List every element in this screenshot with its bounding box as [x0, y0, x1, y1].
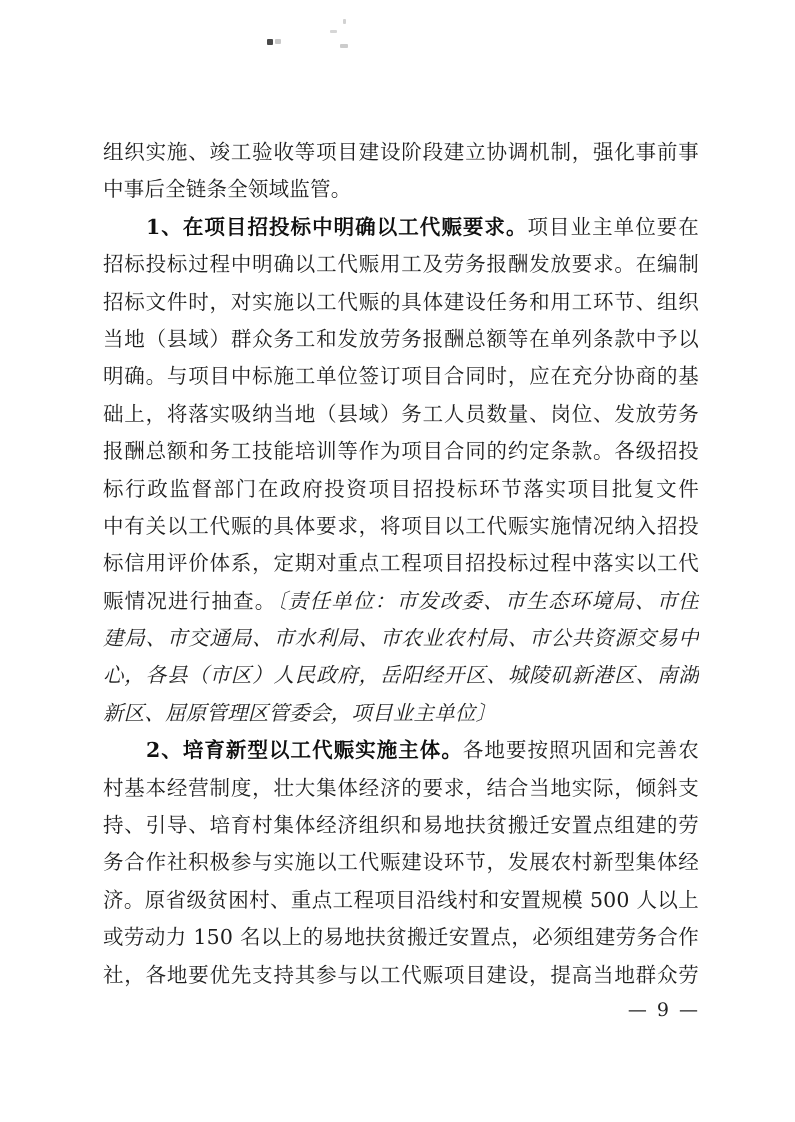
body-text: 组织实施、竣工验收等项目建设阶段建立协调机制，强化事前事 [103, 140, 699, 164]
body-text: 标行政监督部门在政府投资项目招投标环节落实项目批复文件 [103, 477, 699, 501]
body-line: 持、引导、培育村集体经济组织和易地扶贫搬迁安置点组建的劳 [103, 807, 699, 844]
item-2-heading: 2、培育新型以工代赈实施主体。 [146, 738, 463, 762]
body-line: 组织实施、竣工验收等项目建设阶段建立协调机制，强化事前事 [103, 134, 699, 171]
body-line: 心，各县（市区）人民政府，岳阳经开区、城陵矶新港区、南湖 [103, 657, 699, 694]
body-line: 招标文件时，对实施以工代赈的具体建设任务和用工环节、组织 [103, 284, 699, 321]
page-number: — 9 — [628, 999, 700, 1021]
scan-speck [275, 39, 281, 44]
body-text: 持、引导、培育村集体经济组织和易地扶贫搬迁安置点组建的劳 [103, 813, 699, 837]
body-line: 新区、屈原管理区管委会，项目业主单位〕 [103, 695, 699, 732]
body-line: 济。原省级贫困村、重点工程项目沿线村和安置规模 500 人以上 [103, 882, 699, 919]
body-line: 础上，将落实吸纳当地（县域）务工人员数量、岗位、发放劳务 [103, 396, 699, 433]
body-text: 项目业主单位要在 [528, 215, 699, 239]
body-line: 明确。与项目中标施工单位签订项目合同时，应在充分协商的基 [103, 358, 699, 395]
body-line: 赈情况进行抽查。〔责任单位：市发改委、市生态环境局、市住 [103, 583, 699, 620]
body-text: 社，各地要优先支持其参与以工代赈项目建设，提高当地群众劳 [103, 963, 699, 987]
body-line: 村基本经营制度，壮大集体经济的要求，结合当地实际，倾斜支 [103, 770, 699, 807]
body-text: 报酬总额和务工技能培训等作为项目合同的约定条款。各级招投 [103, 439, 699, 463]
responsibility-units-text: 建局、市交通局、市水利局、市农业农村局、市公共资源交易中 [103, 626, 699, 650]
body-line: 建局、市交通局、市水利局、市农业农村局、市公共资源交易中 [103, 620, 699, 657]
body-line: 标信用评价体系，定期对重点工程项目招投标过程中落实以工代 [103, 545, 699, 582]
responsibility-units-text: 心，各县（市区）人民政府，岳阳经开区、城陵矶新港区、南湖 [103, 663, 699, 687]
body-line: 当地（县域）群众务工和发放劳务报酬总额等在单列条款中予以 [103, 321, 699, 358]
body-text: 中事后全链条全领域监管。 [103, 177, 351, 201]
body-text: 招标投标过程中明确以工代赈用工及劳务报酬发放要求。在编制 [103, 252, 699, 276]
scan-speck [267, 39, 273, 45]
body-text: 村基本经营制度，壮大集体经济的要求，结合当地实际，倾斜支 [103, 776, 699, 800]
body-line: 报酬总额和务工技能培训等作为项目合同的约定条款。各级招投 [103, 433, 699, 470]
body-line: 中事后全链条全领域监管。 [103, 171, 699, 208]
body-text: 各地要按照巩固和完善农 [463, 738, 699, 762]
responsibility-units-text: 〔责任单位：市发改委、市生态环境局、市住 [277, 589, 700, 613]
body-line: 社，各地要优先支持其参与以工代赈项目建设，提高当地群众劳 [103, 957, 699, 994]
scan-speck [340, 44, 348, 48]
body-text: 赈情况进行抽查。 [103, 589, 277, 613]
body-line: 标行政监督部门在政府投资项目招投标环节落实项目批复文件 [103, 471, 699, 508]
document-body: 组织实施、竣工验收等项目建设阶段建立协调机制，强化事前事 中事后全链条全领域监管… [103, 134, 699, 994]
scan-speck [330, 30, 337, 33]
body-text: 明确。与项目中标施工单位签订项目合同时，应在充分协商的基 [103, 364, 699, 388]
item-1-heading: 1、在项目招投标中明确以工代赈要求。 [146, 215, 528, 239]
body-text: 济。原省级贫困村、重点工程项目沿线村和安置规模 500 人以上 [103, 888, 699, 912]
body-line: 务合作社积极参与实施以工代赈建设环节，发展农村新型集体经 [103, 844, 699, 881]
body-line: 中有关以工代赈的具体要求，将项目以工代赈实施情况纳入招投 [103, 508, 699, 545]
body-line: 或劳动力 150 名以上的易地扶贫搬迁安置点，必须组建劳务合作 [103, 919, 699, 956]
body-line: 2、培育新型以工代赈实施主体。各地要按照巩固和完善农 [103, 732, 699, 769]
body-text: 或劳动力 150 名以上的易地扶贫搬迁安置点，必须组建劳务合作 [103, 925, 699, 949]
body-text: 础上，将落实吸纳当地（县域）务工人员数量、岗位、发放劳务 [103, 402, 699, 426]
body-text: 标信用评价体系，定期对重点工程项目招投标过程中落实以工代 [103, 551, 699, 575]
body-line: 1、在项目招投标中明确以工代赈要求。项目业主单位要在 [103, 209, 699, 246]
body-text: 招标文件时，对实施以工代赈的具体建设任务和用工环节、组织 [103, 290, 699, 314]
scan-speck [343, 19, 346, 24]
body-text: 当地（县域）群众务工和发放劳务报酬总额等在单列条款中予以 [103, 327, 699, 351]
responsibility-units-text: 新区、屈原管理区管委会，项目业主单位〕 [103, 701, 496, 725]
body-text: 务合作社积极参与实施以工代赈建设环节，发展农村新型集体经 [103, 850, 699, 874]
body-line: 招标投标过程中明确以工代赈用工及劳务报酬发放要求。在编制 [103, 246, 699, 283]
body-text: 中有关以工代赈的具体要求，将项目以工代赈实施情况纳入招投 [103, 514, 699, 538]
